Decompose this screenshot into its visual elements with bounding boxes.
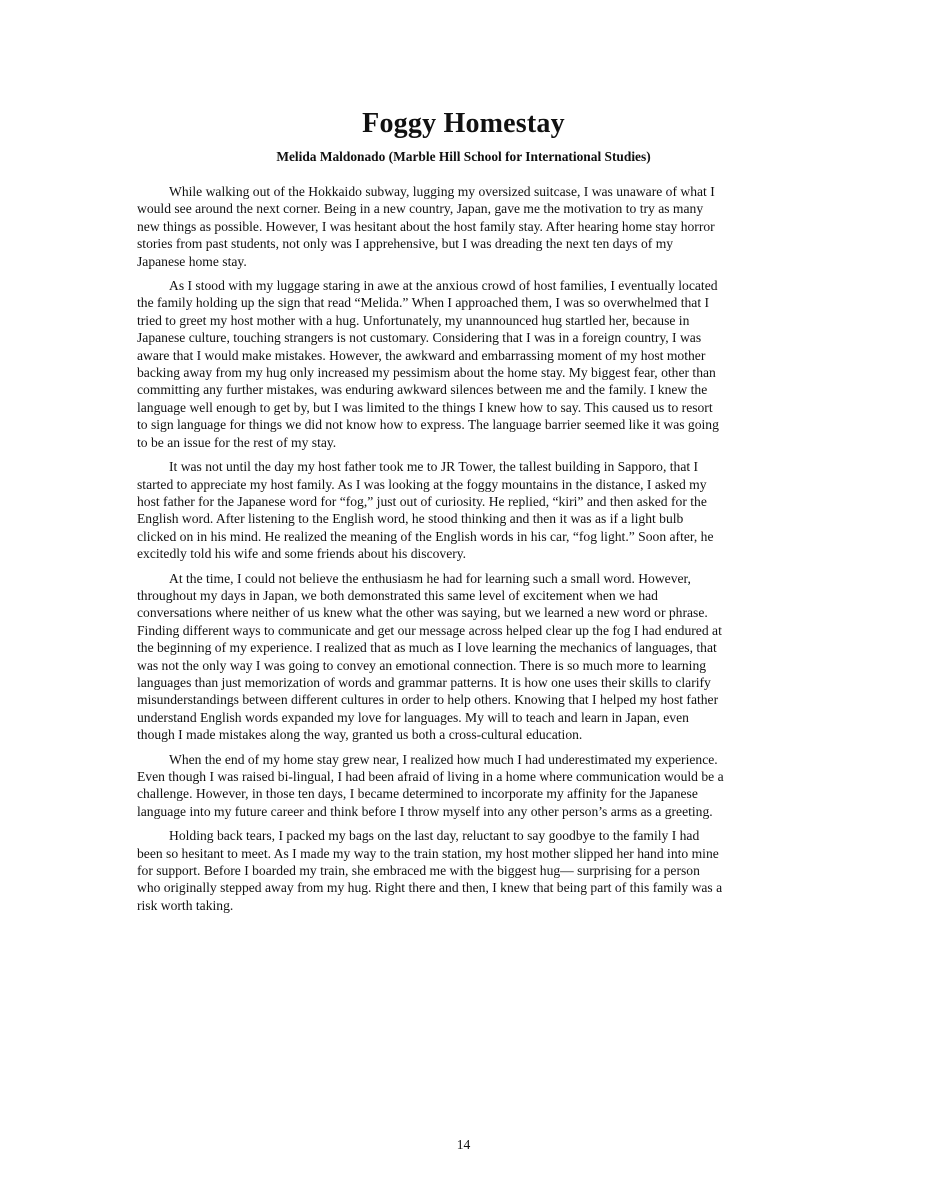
text-line: Even though I was raised bi-lingual, I h… — [137, 768, 797, 785]
text-line: who originally stepped away from my hug.… — [137, 879, 797, 896]
paragraph-5: When the end of my home stay grew near, … — [137, 751, 797, 821]
text-line: stories from past students, not only was… — [137, 235, 797, 252]
paragraph-4: At the time, I could not believe the ent… — [137, 570, 797, 744]
text-line: committing any further mistakes, was end… — [137, 381, 797, 398]
text-line: Holding back tears, I packed my bags on … — [137, 827, 797, 844]
text-line: though I made mistakes along the way, gr… — [137, 726, 797, 743]
text-line: excitedly told his wife and some friends… — [137, 545, 797, 562]
text-line: It was not until the day my host father … — [137, 458, 797, 475]
text-line: the beginning of my experience. I realiz… — [137, 639, 797, 656]
text-line: language well enough to get by, but I wa… — [137, 399, 797, 416]
text-line: misunderstandings between different cult… — [137, 691, 797, 708]
paragraph-3: It was not until the day my host father … — [137, 458, 797, 562]
text-line: Japanese home stay. — [137, 253, 797, 270]
text-line: been so hesitant to meet. As I made my w… — [137, 845, 797, 862]
text-line: to sign language for things we did not k… — [137, 416, 797, 433]
text-line: backing away from my hug only increased … — [137, 364, 797, 381]
text-line: the family holding up the sign that read… — [137, 294, 797, 311]
text-line: to be an issue for the rest of my stay. — [137, 434, 797, 451]
text-line: clicked on in his mind. He realized the … — [137, 528, 797, 545]
paragraph-6: Holding back tears, I packed my bags on … — [137, 827, 797, 914]
text-line: throughout my days in Japan, we both dem… — [137, 587, 797, 604]
text-line: At the time, I could not believe the ent… — [137, 570, 797, 587]
text-line: started to appreciate my host family. As… — [137, 476, 797, 493]
text-line: risk worth taking. — [137, 897, 797, 914]
text-line: challenge. However, in those ten days, I… — [137, 785, 797, 802]
text-line: new things as possible. However, I was h… — [137, 218, 797, 235]
text-line: English word. After listening to the Eng… — [137, 510, 797, 527]
text-line: aware that I would make mistakes. Howeve… — [137, 347, 797, 364]
essay-body: While walking out of the Hokkaido subway… — [137, 183, 797, 921]
page-title: Foggy Homestay — [0, 106, 927, 142]
page-number: 14 — [0, 1136, 927, 1154]
author-byline: Melida Maldonado (Marble Hill School for… — [0, 148, 927, 166]
text-line: language into my future career and think… — [137, 803, 797, 820]
paragraph-1: While walking out of the Hokkaido subway… — [137, 183, 797, 270]
text-line: tried to greet my host mother with a hug… — [137, 312, 797, 329]
text-line: conversations where neither of us knew w… — [137, 604, 797, 621]
text-line: As I stood with my luggage staring in aw… — [137, 277, 797, 294]
text-line: was not the only way I was going to conv… — [137, 657, 797, 674]
text-line: host father for the Japanese word for “f… — [137, 493, 797, 510]
text-line: understand English words expanded my lov… — [137, 709, 797, 726]
text-line: languages than just memorization of word… — [137, 674, 797, 691]
text-line: Finding different ways to communicate an… — [137, 622, 797, 639]
document-page: Foggy Homestay Melida Maldonado (Marble … — [0, 0, 927, 1200]
paragraph-2: As I stood with my luggage staring in aw… — [137, 277, 797, 451]
text-line: would see around the next corner. Being … — [137, 200, 797, 217]
text-line: for support. Before I boarded my train, … — [137, 862, 797, 879]
text-line: Japanese culture, touching strangers is … — [137, 329, 797, 346]
text-line: When the end of my home stay grew near, … — [137, 751, 797, 768]
text-line: While walking out of the Hokkaido subway… — [137, 183, 797, 200]
